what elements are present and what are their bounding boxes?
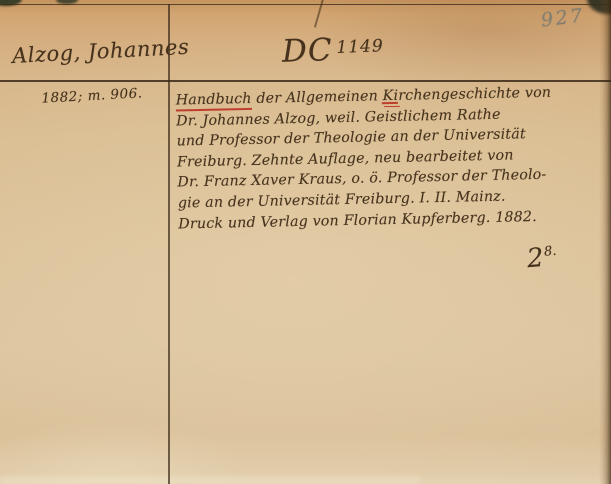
header-rule-line — [0, 80, 611, 82]
pencil-number: 927 — [540, 4, 586, 31]
title-word-double-underlined: Ki — [383, 88, 399, 104]
format-notation: 28. — [526, 242, 558, 274]
format-superscript: 8. — [543, 244, 557, 260]
entry-line-1-text3: von — [520, 85, 551, 102]
entry-text: Handbuch der Allgemeinen Kirchengeschich… — [176, 82, 609, 235]
vertical-rule-line — [168, 4, 170, 484]
call-number-letters: DC — [281, 32, 333, 70]
format-base: 2 — [526, 243, 545, 274]
author-heading: Alzog, Johannes — [11, 36, 164, 68]
accession-number: 1882; m. 906. — [22, 84, 163, 107]
call-number: DC1149 — [281, 30, 384, 70]
entry-line-1-text: der Allgemeinen — [252, 88, 383, 107]
dark-corner-top-left — [0, 0, 22, 6]
catalog-card-scan: 927 Alzog, Johannes DC1149 1882; m. 906.… — [0, 0, 611, 484]
entry-line-1-text2: rchengeschichte — [398, 85, 520, 104]
bottom-edge-highlight — [0, 476, 420, 484]
call-number-digits: 1149 — [336, 36, 384, 58]
card-right-edge-shadow — [599, 0, 611, 484]
top-rule-line — [0, 4, 611, 5]
title-word-underlined: Handbuch — [176, 91, 252, 112]
